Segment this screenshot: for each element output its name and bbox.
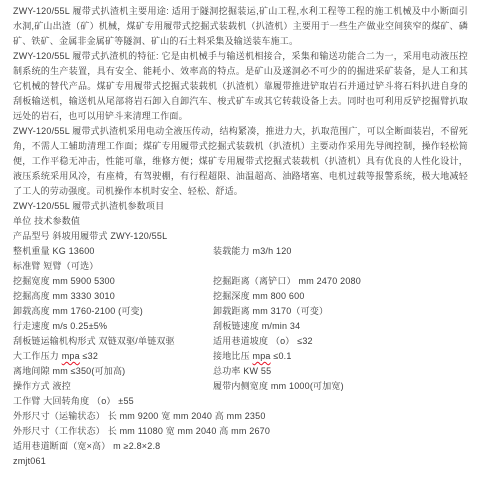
param-machine-weight: 整机重量 KG 13600 (13, 244, 213, 259)
param-row-dimensions-working: 外形尺寸（工作状态） 长 mm 11080 宽 mm 2040 高 mm 267… (13, 424, 468, 439)
param-roadway-slope: 适用巷道坡度 （o） ≤32 (213, 334, 313, 349)
param-scraper-chain-speed: 刮板链速度 m/min 34 (213, 319, 300, 334)
paragraph-features: ZWY-120/55L 履带式扒渣机的特征: 它是由机械手与输送机相接合，采集和… (13, 49, 468, 124)
param-row-roadway-section: 适用巷道断面（宽×高） m ≥2.8×2.8 (13, 439, 468, 454)
param-max-working-pressure: 大工作压力 mpa ≤32 (13, 349, 213, 364)
param-total-power: 总功率 KW 55 (213, 364, 271, 379)
param-row-dig-height-depth: 挖掘高度 mm 3330 3010 挖掘深度 mm 800 600 (13, 289, 468, 304)
document-page: ZWY-120/55L 履带式扒渣机主要用途: 适用于隧洞挖掘装运,矿山工程,水… (0, 0, 480, 480)
param-dig-height: 挖掘高度 mm 3330 3010 (13, 289, 213, 304)
param-roadway-section: 适用巷道断面（宽×高） m ≥2.8×2.8 (13, 439, 213, 454)
spellcheck-underline-mpa: mpa (62, 351, 80, 361)
param-unload-distance: 卸载距离 mm 3170（可变） (213, 304, 328, 319)
param-row-pressure: 大工作压力 mpa ≤32 接地比压 mpa ≤0.1 (13, 349, 468, 364)
paragraph-advantages: ZWY-120/55L 履带式扒渣机采用电动全液压传动，结构紧凑，推进力大，扒取… (13, 124, 468, 199)
params-section-title: ZWY-120/55L 履带式扒渣机参数项目 (13, 199, 468, 214)
param-row-dimensions-transport: 外形尺寸（运输状态） 长 mm 9200 宽 mm 2040 高 mm 2350 (13, 409, 468, 424)
param-row-operation-track: 操作方式 液控 履带内侧宽度 mm 1000(可加宽) (13, 379, 468, 394)
param-dig-distance: 挖掘距离（离铲口） mm 2470 2080 (213, 274, 361, 289)
product-model-line: 产品型号 斜坡用履带式 ZWY-120/55L (13, 229, 468, 244)
footer-code: zmjt061 (13, 454, 468, 469)
param-dimensions-transport: 外形尺寸（运输状态） 长 mm 9200 宽 mm 2040 高 mm 2350 (13, 409, 213, 424)
param-unload-height: 卸载高度 mm 1760-2100 (可变) (13, 304, 213, 319)
param-row-unload: 卸载高度 mm 1760-2100 (可变) 卸载距离 mm 3170（可变） (13, 304, 468, 319)
param-row-chain-slope: 刮板链运输机构形式 双链双驱/单链双驱 适用巷道坡度 （o） ≤32 (13, 334, 468, 349)
param-standard-arm: 标准臂 短臂（可选） (13, 259, 213, 274)
unit-header-line: 单位 技术参数值 (13, 214, 468, 229)
param-operation-mode: 操作方式 液控 (13, 379, 213, 394)
param-ground-pressure: 接地比压 mpa ≤0.1 (213, 349, 292, 364)
param-track-inner-width: 履带内侧宽度 mm 1000(可加宽) (213, 379, 344, 394)
param-loading-capacity: 装载能力 m3/h 120 (213, 244, 292, 259)
param-row-speed: 行走速度 m/s 0.25±5% 刮板链速度 m/min 34 (13, 319, 468, 334)
param-row-clearance-power: 离地间隙 mm ≤350(可加高) 总功率 KW 55 (13, 364, 468, 379)
spellcheck-underline-mpa: mpa (253, 351, 271, 361)
param-ground-clearance: 离地间隙 mm ≤350(可加高) (13, 364, 213, 379)
param-travel-speed: 行走速度 m/s 0.25±5% (13, 319, 213, 334)
param-row-arm: 标准臂 短臂（可选） (13, 259, 468, 274)
param-scraper-chain-type: 刮板链运输机构形式 双链双驱/单链双驱 (13, 334, 213, 349)
param-row-dig-width-distance: 挖掘宽度 mm 5900 5300 挖掘距离（离铲口） mm 2470 2080 (13, 274, 468, 289)
param-dig-depth: 挖掘深度 mm 800 600 (213, 289, 305, 304)
param-dimensions-working: 外形尺寸（工作状态） 长 mm 11080 宽 mm 2040 高 mm 267… (13, 424, 213, 439)
param-row-swing-angle: 工作臂 大回转角度 （o） ±55 (13, 394, 468, 409)
param-dig-width: 挖掘宽度 mm 5900 5300 (13, 274, 213, 289)
param-swing-angle: 工作臂 大回转角度 （o） ±55 (13, 394, 213, 409)
param-row-weight-capacity: 整机重量 KG 13600 装载能力 m3/h 120 (13, 244, 468, 259)
paragraph-main-usage: ZWY-120/55L 履带式扒渣机主要用途: 适用于隧洞挖掘装运,矿山工程,水… (13, 4, 468, 49)
